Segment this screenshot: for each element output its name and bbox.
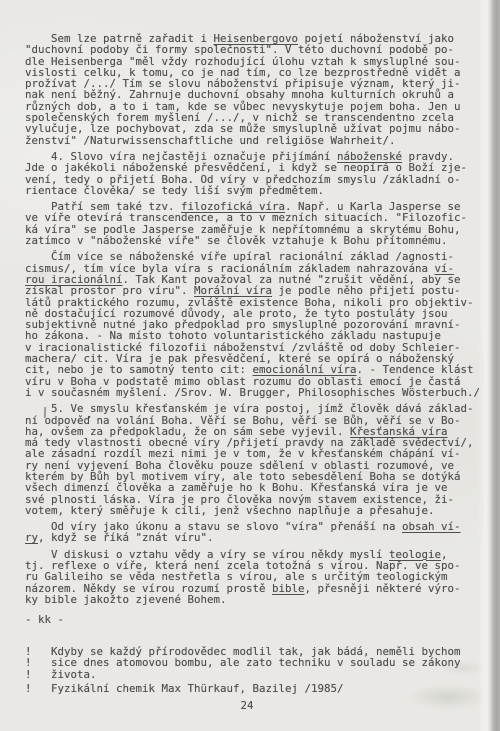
text-line: - kk - — [25, 614, 500, 625]
underlined-term: obsah ví- — [402, 520, 461, 533]
text-line: i v současném myšlení. /Srov. W. Brugger… — [25, 387, 500, 398]
text-segment: , přesněji některé výro- — [305, 582, 461, 595]
text-segment: ky bible jakožto zjevené Bohem. — [25, 593, 227, 606]
text-segment: i v současném myšlení. /Srov. W. Brugger… — [25, 386, 480, 399]
page-edge-shadow — [478, 0, 500, 731]
paragraph-irrational-faith: Čím více se náboženské víře upíral racio… — [25, 251, 500, 398]
text-line: ky bible jakožto zjevené Bohem. — [25, 594, 500, 605]
text-segment: zatímco v "náboženské víře" se člověk vz… — [25, 234, 448, 247]
footnote-quote: ! Kdyby se každý přírodovědec modlil tak… — [25, 646, 500, 682]
intro-paragraph: Sem lze patrně zařadit i Heisenbergovo p… — [25, 33, 500, 146]
text-line: zatímco v "náboženské víře" se člověk vz… — [25, 235, 500, 246]
text-segment: ženství" /Naturwissenschaftliche und rel… — [25, 134, 396, 147]
text-segment: rientace člověka/ se tedy liší svým před… — [25, 184, 324, 197]
author-initials: - kk - — [25, 614, 500, 625]
text-segment: ! života. — [25, 668, 97, 681]
paragraph-theology-bible: V diskusi o vztahu vědy a víry se vírou … — [25, 549, 500, 605]
text-line: ! života. — [25, 669, 500, 681]
paragraph-5-christian-faith: 5. Ve smyslu křesťanském je víra postoj,… — [25, 403, 500, 516]
footnote-attribution: ! Fyzikální chemik Max Thürkauf, Bazilej… — [25, 683, 500, 695]
scanned-page: Sem lze patrně zařadit i Heisenbergovo p… — [0, 0, 500, 731]
page-number: 24 — [0, 699, 494, 712]
text-segment: votem, který směřuje k cíli, jenž všechn… — [25, 504, 435, 517]
text-line: ženství" /Naturwissenschaftliche und rel… — [25, 135, 500, 146]
text-line: votem, který směřuje k cíli, jenž všechn… — [25, 505, 500, 516]
text-segment: ! Fyzikální chemik Max Thürkauf, Bazilej… — [25, 682, 344, 695]
text-line: ! Fyzikální chemik Max Thürkauf, Bazilej… — [25, 683, 500, 695]
paragraph-content-of-faith: Od víry jako úkonu a stavu se slovo "vír… — [25, 521, 500, 544]
text-segment: - kk - — [25, 613, 64, 626]
text-line: ry, když se říká "znát víru". — [25, 532, 500, 543]
underlined-term: bible — [272, 582, 305, 595]
paragraph-4-religious-truth: 4. Slovo víra nejčastěji označuje přijím… — [25, 151, 500, 196]
paragraph-philosophical-faith: Patří sem také tzv. filozofická víra. Na… — [25, 201, 500, 246]
text-line: rientace člověka/ se tedy liší svým před… — [25, 185, 500, 196]
text-body: Sem lze patrně zařadit i Heisenbergovo p… — [25, 33, 500, 695]
text-segment: , když se říká "znát víru". — [38, 531, 214, 544]
underlined-term: ry — [25, 531, 38, 544]
